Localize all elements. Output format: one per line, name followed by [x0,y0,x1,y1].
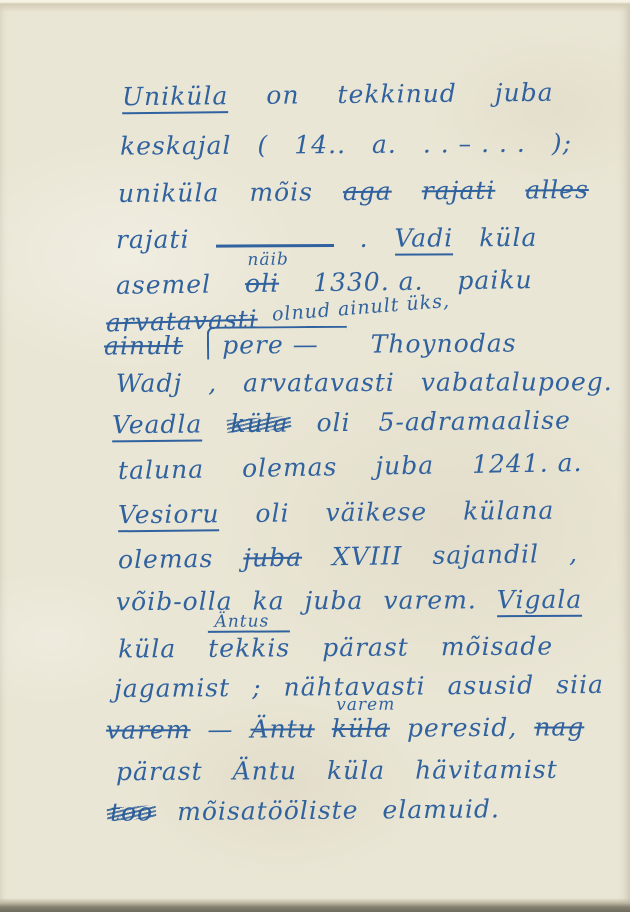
handwritten-word: ); [552,128,572,157]
handwritten-word: hävitamist [415,755,558,785]
handwritten-word: asusid [447,670,534,700]
handwritten-word: rajati [422,176,496,206]
handwritten-word: olemas [242,452,338,483]
handwritten-word: too [110,797,153,826]
handwritten-word: juba [375,451,434,481]
inserted-word: Äntus [214,613,269,630]
handwritten-word: alles [525,175,589,205]
handwritten-word: uniküla [118,178,220,208]
handwritten-word: Äntu [250,714,315,743]
handwritten-word: . [359,224,368,253]
inserted-word: näib [247,251,289,269]
manuscript-line: rajati.Vadiküla [116,223,538,257]
manuscript-line: pärastÄntukülahävitamist [116,755,558,786]
handwritten-word: oli [255,498,289,527]
handwritten-word: Thoynodas [371,329,517,359]
handwritten-word: aga [343,177,392,206]
handwritten-word: . . – . . . [423,129,526,159]
handwritten-word: küla [332,714,390,743]
handwritten-word: mõis [249,177,313,207]
handwritten-word: tekkinud [337,79,457,109]
handwritten-word: olemas [118,544,214,574]
word-with-insertion-above: näiboli [245,269,279,298]
handwritten-word: rajati [116,225,190,254]
insertion-bracket: pere — [207,326,347,360]
handwritten-word: a. [372,130,397,159]
manuscript-line: Unikülaontekkinudjuba [122,78,554,115]
handwritten-word: ainult [104,331,183,361]
manuscript-line: ainultpere —Thoynodas [104,329,517,361]
handwritten-word: 14.. [294,130,346,159]
handwritten-word: paiku [457,265,533,295]
manuscript-line: asemelnäiboli1330. a.paiku [116,265,533,300]
handwritten-word: XVIII [332,541,403,571]
handwritten-word: elamuid. [382,794,500,824]
manuscript-line: talunaolemasjuba1241. a. [118,448,583,485]
manuscript-line: olemasjubaXVIIIsajandil, [118,539,578,574]
handwritten-word: väikese [325,497,427,527]
manuscript-line: toomõisatöölisteelamuid. [110,794,500,826]
underlined-place-name: Vesioru [118,499,220,532]
word-with-insertion-above: Äntustekkis [208,630,290,663]
manuscript-line: unikülamõisagarajatialles [118,175,589,208]
handwritten-word: Wadj [116,369,182,398]
handwritten-word: juba [243,543,302,573]
manuscript-line: külaÄntustekkispärastmõisade [118,628,553,663]
manuscript-line: võib-ollakajubavarem.Vigala [116,585,582,619]
handwritten-word: keskajal [120,131,232,161]
handwritten-word: ( [257,131,268,160]
manuscript-line: keskajal(14..a.. . – . . .); [120,128,572,160]
handwritten-word: pärast [322,632,409,662]
handwritten-word: arvatavasti [243,368,395,398]
underlined-place-name: Veadla [112,409,203,442]
manuscript-line: Veadlakülaoli5-adramaalise [112,406,571,443]
handwritten-word: oli [245,269,279,298]
inline-blank-rule [216,228,334,248]
handwritten-word: mõisatööliste [177,796,359,827]
handwritten-word: küla [230,409,288,439]
handwritten-word: küla [118,634,176,663]
handwritten-word: 5-adramaalise [378,406,571,437]
inserted-word: varem [336,697,395,714]
paper-top-edge [0,0,630,12]
handwritten-word: külana [463,496,554,526]
underlined-place-name: Uniküla [122,81,229,114]
underlined-place-name: Vigala [497,585,583,617]
handwritten-word: oli [316,408,350,437]
handwritten-word: tekkis [208,630,290,663]
handwritten-word: küla [327,756,385,785]
handwritten-word: taluna [118,455,205,485]
manuscript-line: Vesioruoliväikesekülana [118,496,555,533]
handwritten-word: varem [106,715,191,745]
handwritten-word: ; [252,673,262,702]
underlined-place-name: Vadi [394,223,453,255]
handwritten-word: sajandil [432,539,539,569]
handwritten-word: pärast [116,757,203,786]
manuscript-page: Unikülaontekkinudjubakeskajal(14..a.. . … [0,0,630,912]
handwritten-word: juba [305,586,364,615]
handwritten-word: mõisade [441,631,553,661]
handwritten-word: , [569,539,578,568]
manuscript-line: varem—Äntuvaremkülaperesid,nag [106,712,584,744]
handwritten-word: — [207,715,233,744]
handwritten-word: 1241. a. [472,448,583,479]
handwritten-word: peresid, [407,713,518,743]
handwritten-word: Äntu [233,756,297,785]
handwritten-word: on [266,80,299,109]
handwritten-word: asemel [116,270,211,300]
word-with-insertion-above: varemküla [332,714,390,743]
paper-bottom-edge [0,898,630,912]
handwritten-word: küla [479,223,537,252]
handwritten-word: , [208,369,217,398]
handwritten-word: nag [534,712,584,741]
manuscript-line: Wadj,arvatavastivabatalupoeg. [116,367,613,398]
handwritten-word: varem. [383,585,477,614]
handwritten-word: pere — [222,330,319,360]
handwritten-word: juba [495,78,554,108]
handwritten-word: siia [556,670,604,699]
handwritten-word: jagamist [114,673,230,703]
handwritten-word: vabatalupoeg. [421,367,613,397]
